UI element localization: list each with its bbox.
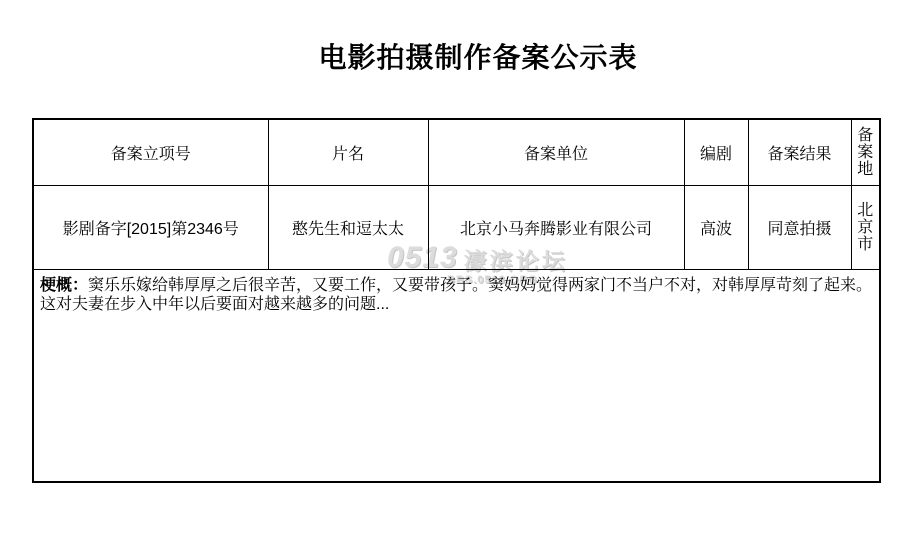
cell-filing-result: 同意拍摄 <box>748 185 851 269</box>
header-filing-unit: 备案单位 <box>428 119 684 185</box>
cell-filing-number: 影剧备字[2015]第2346号 <box>33 185 268 269</box>
header-filing-result: 备案结果 <box>748 119 851 185</box>
cell-screenwriter: 高波 <box>684 185 748 269</box>
page: 电影拍摄制作备案公示表 0513 濠滨论坛 BBS.0513.ORG 备案立项号… <box>0 0 924 533</box>
header-filing-location: 备 案 地 <box>851 119 880 185</box>
synopsis-label: 梗概： <box>40 277 88 294</box>
cell-filing-unit: 北京小马奔腾影业有限公司 <box>428 185 684 269</box>
table-header-row: 备案立项号 片名 备案单位 编剧 备案结果 备 案 地 <box>33 119 880 185</box>
table-data-row: 影剧备字[2015]第2346号 憨先生和逗太太 北京小马奔腾影业有限公司 高波… <box>33 185 880 269</box>
cell-filing-location: 北 京 市 <box>851 185 880 269</box>
table-synopsis-row: 梗概：窦乐乐嫁给韩厚厚之后很辛苦，又要工作，又要带孩子。窦妈妈觉得两家门不当户不… <box>33 269 880 482</box>
header-filing-number: 备案立项号 <box>33 119 268 185</box>
cell-synopsis: 梗概：窦乐乐嫁给韩厚厚之后很辛苦，又要工作，又要带孩子。窦妈妈觉得两家门不当户不… <box>33 269 880 482</box>
synopsis-text: 窦乐乐嫁给韩厚厚之后很辛苦，又要工作，又要带孩子。窦妈妈觉得两家门不当户不对，对… <box>40 277 872 313</box>
filing-table: 备案立项号 片名 备案单位 编剧 备案结果 备 案 地 影剧备字[2015]第2… <box>32 118 881 483</box>
header-screenwriter: 编剧 <box>684 119 748 185</box>
header-film-title: 片名 <box>268 119 428 185</box>
page-title: 电影拍摄制作备案公示表 <box>0 36 924 76</box>
cell-film-title: 憨先生和逗太太 <box>268 185 428 269</box>
